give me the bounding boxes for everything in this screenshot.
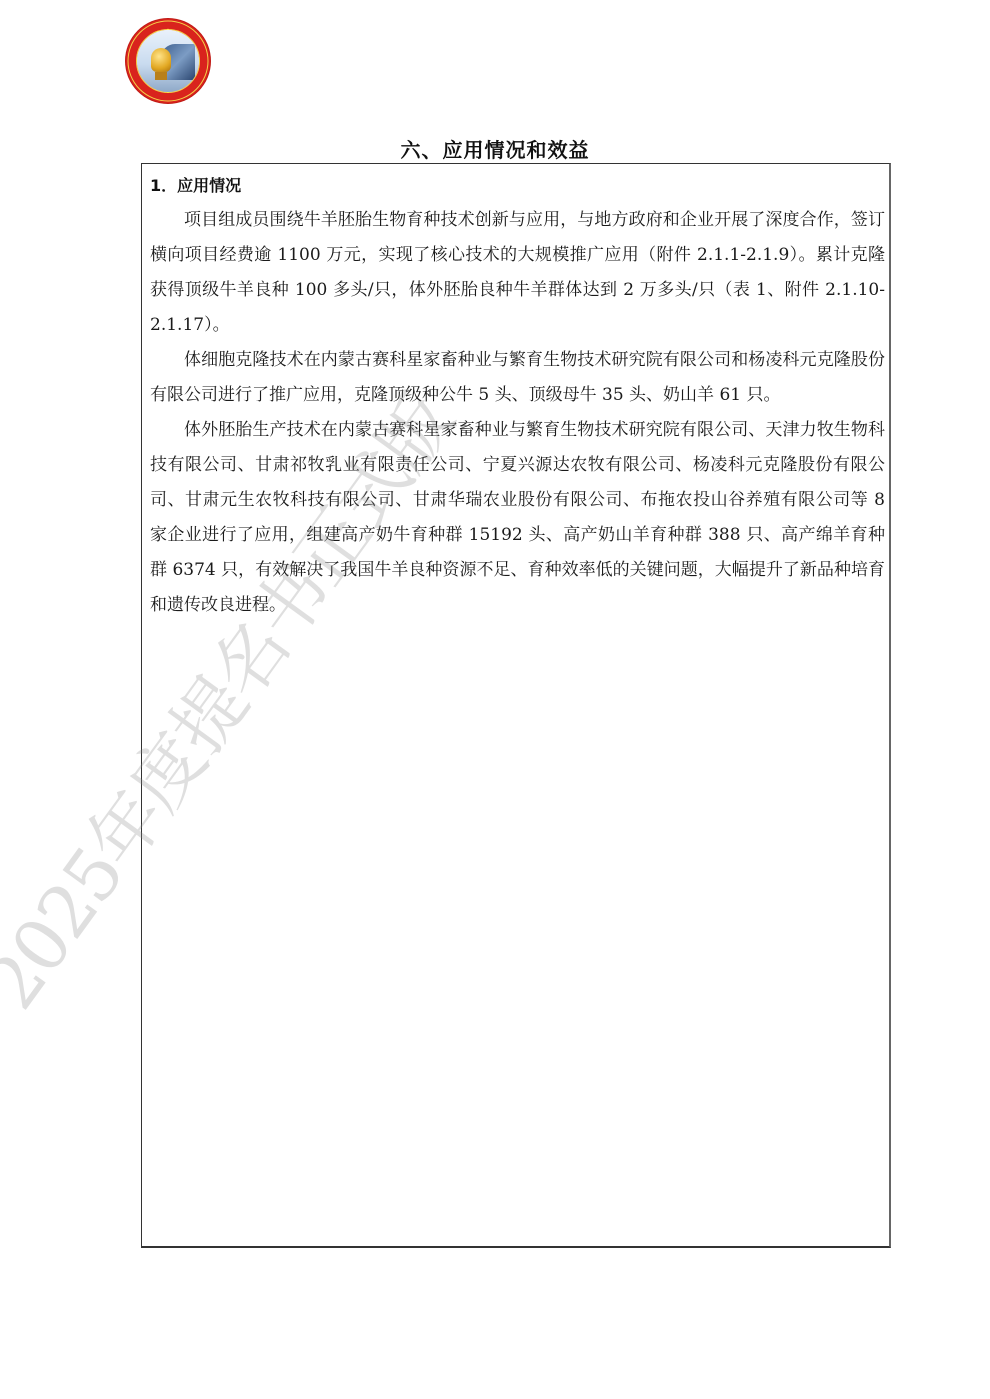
official-seal-logo [126,19,210,103]
paragraph-cloning: 体细胞克隆技术在内蒙古赛科星家畜种业与繁育生物技术研究院有限公司和杨凌科元克隆股… [150,343,885,413]
paragraph-ivf-embryo: 体外胚胎生产技术在内蒙古赛科星家畜种业与繁育生物技术研究院有限公司、天津力牧生物… [150,413,885,623]
page-title: 六、应用情况和效益 [0,134,990,163]
trophy-icon [151,48,171,72]
section-body: 项目组成员围绕牛羊胚胎生物育种技术创新与应用，与地方政府和企业开展了深度合作，签… [150,203,885,623]
seal-emblem [137,30,199,92]
application-section-box: 1．应用情况 项目组成员围绕牛羊胚胎生物育种技术创新与应用，与地方政府和企业开展… [141,163,891,1248]
section-heading: 1．应用情况 [150,173,241,196]
paragraph-overview: 项目组成员围绕牛羊胚胎生物育种技术创新与应用，与地方政府和企业开展了深度合作，签… [150,203,885,343]
